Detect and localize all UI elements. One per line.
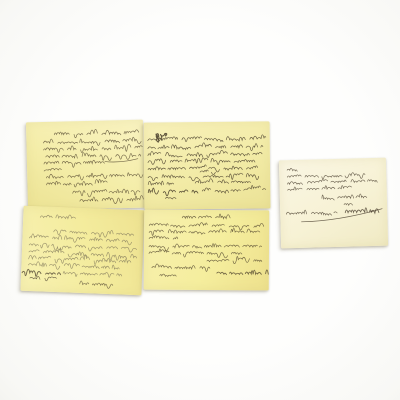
handwriting-strokes <box>26 120 145 211</box>
handwriting-line <box>46 172 143 181</box>
letter-top-middle <box>144 121 271 209</box>
handwriting-line <box>44 160 105 168</box>
handwriting-line <box>54 228 134 238</box>
handwriting-line <box>217 270 269 275</box>
handwriting-line <box>44 144 143 154</box>
handwriting-line <box>149 249 242 258</box>
handwriting-line <box>29 248 137 261</box>
handwriting-line <box>322 194 367 201</box>
handwriting-line <box>182 214 230 219</box>
handwriting-line <box>148 173 259 181</box>
handwriting-line <box>286 209 337 216</box>
handwriting-line <box>287 168 297 171</box>
handwriting-line <box>287 172 365 180</box>
handwriting-line <box>152 264 210 272</box>
handwriting-line <box>149 228 260 236</box>
handwriting-line <box>149 243 262 251</box>
handwriting-line <box>148 181 174 185</box>
handwriting-line <box>288 185 352 190</box>
note-right <box>279 158 388 249</box>
handwriting-line <box>200 170 215 175</box>
handwriting-strokes <box>20 206 144 296</box>
handwriting-line <box>148 142 263 152</box>
handwriting-line <box>73 189 140 198</box>
handwriting-line <box>22 269 61 277</box>
handwriting-strokes <box>144 210 270 291</box>
handwriting-line <box>148 158 255 166</box>
handwriting-line <box>63 271 122 278</box>
handwriting-line <box>54 128 139 138</box>
handwriting-line <box>287 178 377 185</box>
handwriting-line <box>80 281 113 289</box>
handwriting-line <box>165 197 176 199</box>
handwriting-line <box>30 276 57 281</box>
letter-bottom-middle <box>144 210 270 291</box>
handwriting-line <box>148 188 198 197</box>
handwriting-line <box>28 261 119 271</box>
handwriting-line <box>202 185 266 193</box>
handwriting-line <box>40 214 76 219</box>
handwriting-line <box>195 178 250 183</box>
handwriting-line <box>344 203 353 205</box>
handwriting-strokes <box>144 121 271 209</box>
letter-bottom-left <box>20 206 144 296</box>
handwriting-line <box>148 150 262 158</box>
handwriting-line <box>207 256 262 264</box>
handwriting-strokes <box>279 158 388 249</box>
handwriting-line <box>160 274 176 276</box>
handwriting-line <box>149 222 264 230</box>
letter-top-left <box>26 120 145 211</box>
handwriting-line <box>46 179 107 187</box>
photo-of-handwritten-letters <box>0 0 400 400</box>
handwriting-line <box>149 236 178 240</box>
handwriting-line <box>44 168 61 171</box>
handwriting-line <box>43 137 141 147</box>
